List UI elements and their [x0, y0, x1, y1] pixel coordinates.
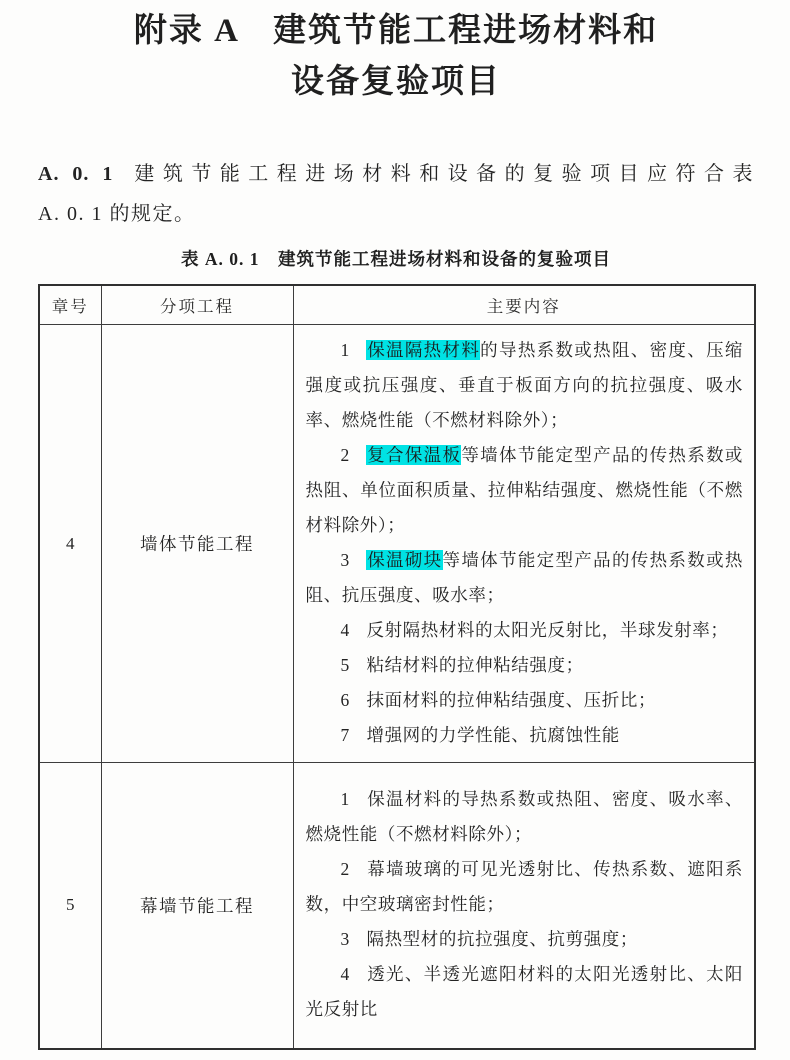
- item-text: 反射隔热材料的太阳光反射比，半球发射率；: [366, 620, 728, 640]
- item-number: 4: [341, 964, 350, 984]
- content-item: 6抹面材料的拉伸粘结强度、压折比；: [306, 683, 744, 718]
- chapter-number-cell: 5: [39, 763, 101, 1049]
- chapter-number-cell: 4: [39, 325, 101, 763]
- content-item: 7增强网的力学性能、抗腐蚀性能: [306, 718, 744, 753]
- project-name-cell: 墙体节能工程: [101, 325, 293, 763]
- item-number: 2: [341, 859, 350, 879]
- review-items-table: 章号 分项工程 主要内容 4墙体节能工程1保温隔热材料的导热系数或热阻、密度、压…: [38, 284, 756, 1050]
- clause-line2: A. 0. 1 的规定。: [38, 194, 754, 234]
- table-row: 4墙体节能工程1保温隔热材料的导热系数或热阻、密度、压缩强度或抗压强度、垂直于板…: [39, 325, 755, 763]
- clause-a-0-1: A. 0. 1建筑节能工程进场材料和设备的复验项目应符合表 A. 0. 1 的规…: [38, 154, 754, 234]
- item-number: 3: [341, 550, 350, 570]
- item-number: 5: [341, 655, 350, 675]
- col-header-chapter: 章号: [39, 285, 101, 325]
- col-header-content: 主要内容: [293, 285, 755, 325]
- item-number: 7: [341, 725, 350, 745]
- content-item: 4反射隔热材料的太阳光反射比，半球发射率；: [306, 613, 744, 648]
- item-number: 1: [341, 340, 350, 360]
- table-header: 章号 分项工程 主要内容: [39, 285, 755, 325]
- content-item: 5粘结材料的拉伸粘结强度；: [306, 648, 744, 683]
- item-text: 幕墙玻璃的可见光透射比、传热系数、遮阳系数，中空玻璃密封性能；: [306, 859, 744, 914]
- appendix-title-line2: 设备复验项目: [38, 57, 754, 108]
- main-content-cell: 1保温隔热材料的导热系数或热阻、密度、压缩强度或抗压强度、垂直于板面方向的抗拉强…: [293, 325, 755, 763]
- col-header-project: 分项工程: [101, 285, 293, 325]
- content-item: 3保温砌块等墙体节能定型产品的传热系数或热阻、抗压强度、吸水率；: [306, 543, 744, 613]
- highlighted-term: 复合保温板: [366, 445, 461, 465]
- highlighted-term: 保温隔热材料: [366, 340, 480, 360]
- item-number: 2: [341, 445, 350, 465]
- item-text: 增强网的力学性能、抗腐蚀性能: [366, 725, 619, 745]
- appendix-title-line1: 附录 A 建筑节能工程进场材料和: [38, 6, 754, 57]
- main-content-cell: 1保温材料的导热系数或热阻、密度、吸水率、燃烧性能（不燃材料除外）；2幕墙玻璃的…: [293, 763, 755, 1049]
- item-text: 粘结材料的拉伸粘结强度；: [366, 655, 583, 675]
- item-number: 6: [341, 690, 350, 710]
- table-body: 4墙体节能工程1保温隔热材料的导热系数或热阻、密度、压缩强度或抗压强度、垂直于板…: [39, 325, 755, 1049]
- content-item: 1保温隔热材料的导热系数或热阻、密度、压缩强度或抗压强度、垂直于板面方向的抗拉强…: [306, 333, 744, 438]
- appendix-title: 附录 A 建筑节能工程进场材料和 设备复验项目: [38, 6, 754, 108]
- item-text: 抹面材料的拉伸粘结强度、压折比；: [366, 690, 656, 710]
- document-page: 附录 A 建筑节能工程进场材料和 设备复验项目 A. 0. 1建筑节能工程进场材…: [0, 0, 790, 1060]
- item-number: 3: [341, 929, 350, 949]
- table-row: 5幕墙节能工程1保温材料的导热系数或热阻、密度、吸水率、燃烧性能（不燃材料除外）…: [39, 763, 755, 1049]
- content-item: 1保温材料的导热系数或热阻、密度、吸水率、燃烧性能（不燃材料除外）；: [306, 782, 744, 852]
- project-name-cell: 幕墙节能工程: [101, 763, 293, 1049]
- item-number: 1: [341, 789, 350, 809]
- item-number: 4: [341, 620, 350, 640]
- content-item: 3隔热型材的抗拉强度、抗剪强度；: [306, 922, 744, 957]
- highlighted-term: 保温砌块: [366, 550, 442, 570]
- clause-line1: A. 0. 1建筑节能工程进场材料和设备的复验项目应符合表: [38, 154, 754, 194]
- item-text: 保温材料的导热系数或热阻、密度、吸水率、燃烧性能（不燃材料除外）；: [306, 789, 744, 844]
- table-caption: 表 A. 0. 1 建筑节能工程进场材料和设备的复验项目: [38, 246, 754, 271]
- content-item: 2幕墙玻璃的可见光透射比、传热系数、遮阳系数，中空玻璃密封性能；: [306, 852, 744, 922]
- content-item: 2复合保温板等墙体节能定型产品的传热系数或热阻、单位面积质量、拉伸粘结强度、燃烧…: [306, 438, 744, 543]
- item-text: 隔热型材的抗拉强度、抗剪强度；: [366, 929, 638, 949]
- clause-text: 建筑节能工程进场材料和设备的复验项目应符合表: [127, 163, 754, 185]
- item-text: 透光、半透光遮阳材料的太阳光透射比、太阳光反射比: [306, 964, 744, 1019]
- clause-number: A. 0. 1: [38, 163, 113, 185]
- content-item: 4透光、半透光遮阳材料的太阳光透射比、太阳光反射比: [306, 957, 744, 1027]
